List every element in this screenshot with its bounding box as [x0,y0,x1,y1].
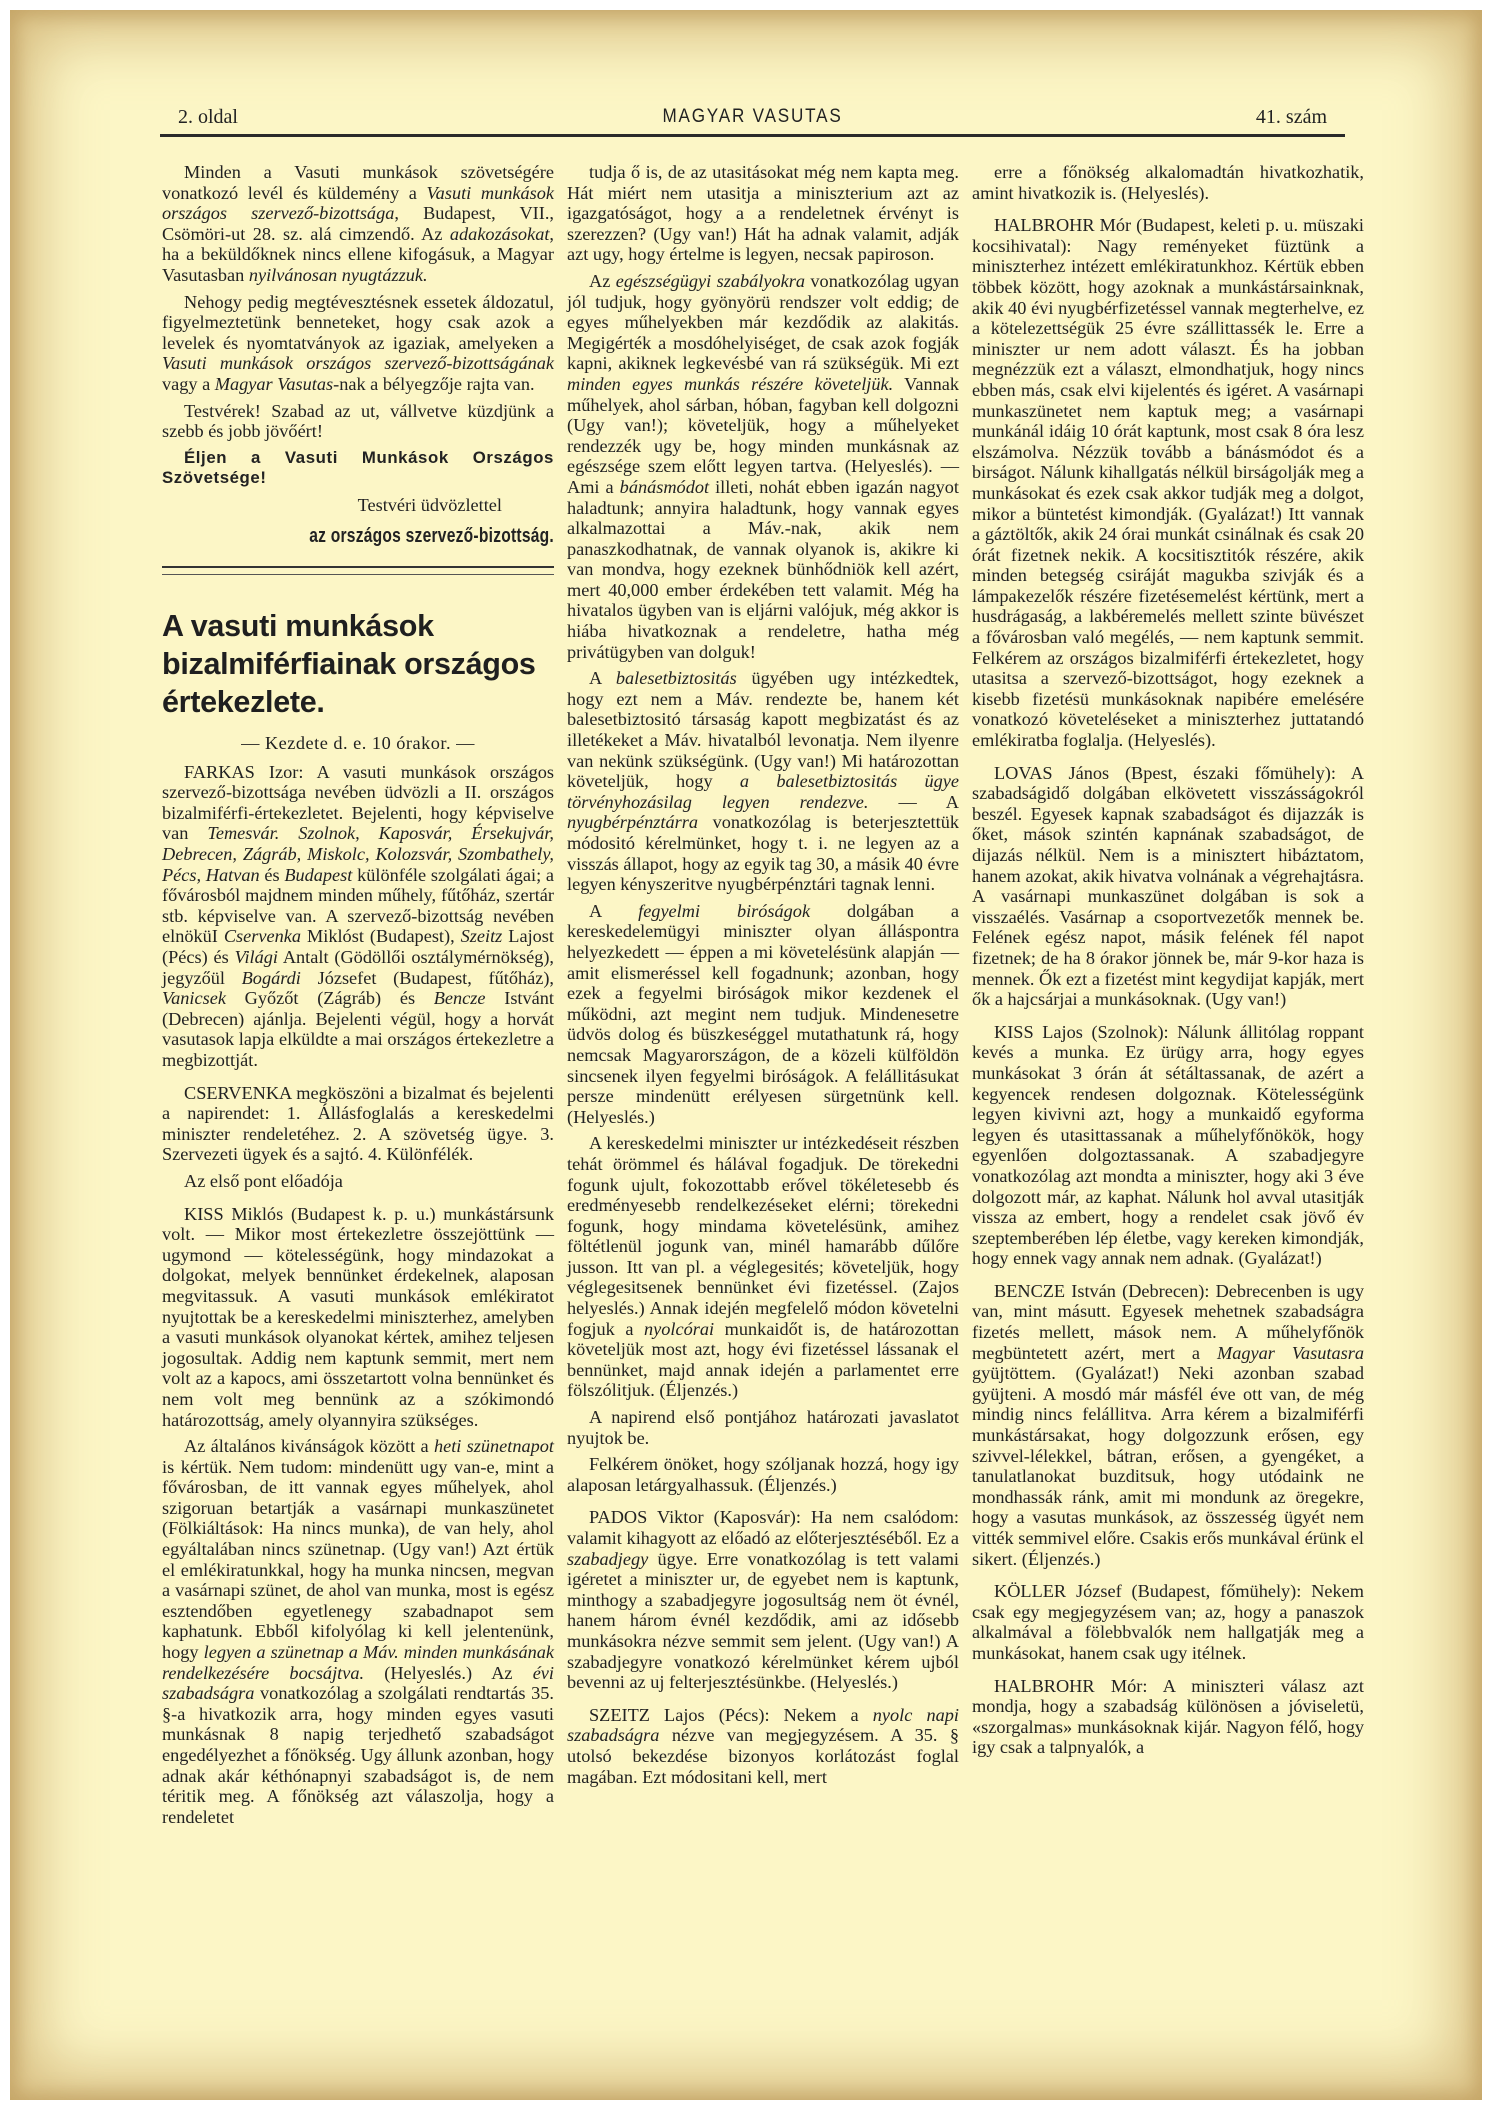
issue-number: 41. szám [1256,106,1327,129]
paragraph: erre a főnökség alkalomadtán hivatkozhat… [972,162,1364,203]
paragraph: A fegyelmi biróságok dolgában a keresked… [567,901,959,1128]
article-body-col1: FARKAS Izor: A vasuti munkások országos … [162,762,554,1828]
column-1: Minden a Vasuti munkások szövetségére vo… [162,162,554,1833]
signature: az országos szervező-bizottság. [248,526,554,547]
paragraph: A balesetbiztositás ügyében ugy intézked… [567,668,959,895]
paragraph: LOVAS János (Bpest, északi főmühely): A … [972,763,1364,1010]
slogan: Éljen a Vasuti Munkások Országos Szövets… [162,448,554,489]
publication-title: MAGYAR VASUTAS [219,106,1286,128]
paragraph: SZEITZ Lajos (Pécs): Nekem a nyolc napi … [567,1705,959,1787]
column-2: tudja ő is, de az utasitásokat még nem k… [567,162,959,1793]
paragraph: KISS Lajos (Szolnok): Nálunk állitólag r… [972,1022,1364,1269]
header-rule [160,134,1345,137]
paragraph: CSERVENKA megköszöni a bizalmat és bejel… [162,1083,554,1165]
intro-notice: Minden a Vasuti munkások szövetségére vo… [162,162,554,442]
paragraph: KÖLLER József (Budapest, főmühely): Neke… [972,1581,1364,1663]
paragraph: tudja ő is, de az utasitásokat még nem k… [567,162,959,265]
paragraph: A kereskedelmi miniszter ur intézkedései… [567,1133,959,1401]
paragraph: FARKAS Izor: A vasuti munkások országos … [162,762,554,1071]
article-body-col2: tudja ő is, de az utasitásokat még nem k… [567,162,959,1787]
paragraph: HALBROHR Mór: A miniszteri válasz azt mo… [972,1676,1364,1758]
paragraph: Nehogy pedig megtévesztésnek essetek áld… [162,292,554,395]
greeting: Testvéri üdvözlettel [162,495,554,516]
paragraph: Az egészségügyi szabályokra vonatkozólag… [567,271,959,662]
paragraph: Az első pont előadója [162,1171,554,1192]
paragraph: Minden a Vasuti munkások szövetségére vo… [162,162,554,286]
paragraph: Testvérek! Szabad az ut, vállvetve küzdj… [162,401,554,442]
article-body-col3: erre a főnökség alkalomadtán hivatkozhat… [972,162,1364,1758]
column-3: erre a főnökség alkalomadtán hivatkozhat… [972,162,1364,1764]
page-header: 2. oldal MAGYAR VASUTAS 41. szám [160,104,1345,134]
paragraph: HALBROHR Mór (Budapest, keleti p. u. müs… [972,215,1364,750]
paragraph: Felkérem önöket, hogy szóljanak hozzá, h… [567,1454,959,1495]
paragraph: PADOS Viktor (Kaposvár): Ha nem csalódom… [567,1507,959,1692]
section-divider [162,566,554,575]
article-subtitle: — Kezdete d. e. 10 órakor. — [162,733,554,754]
article-title: A vasuti munkások bizalmiférfiainak orsz… [162,607,554,721]
paragraph: A napirend első pontjához határozati jav… [567,1407,959,1448]
paragraph: Az általános kivánságok között a heti sz… [162,1436,554,1827]
paragraph: KISS Miklós (Budapest k. p. u.) munkástá… [162,1204,554,1431]
paragraph: BENCZE István (Debrecen): Debrecenben is… [972,1281,1364,1569]
